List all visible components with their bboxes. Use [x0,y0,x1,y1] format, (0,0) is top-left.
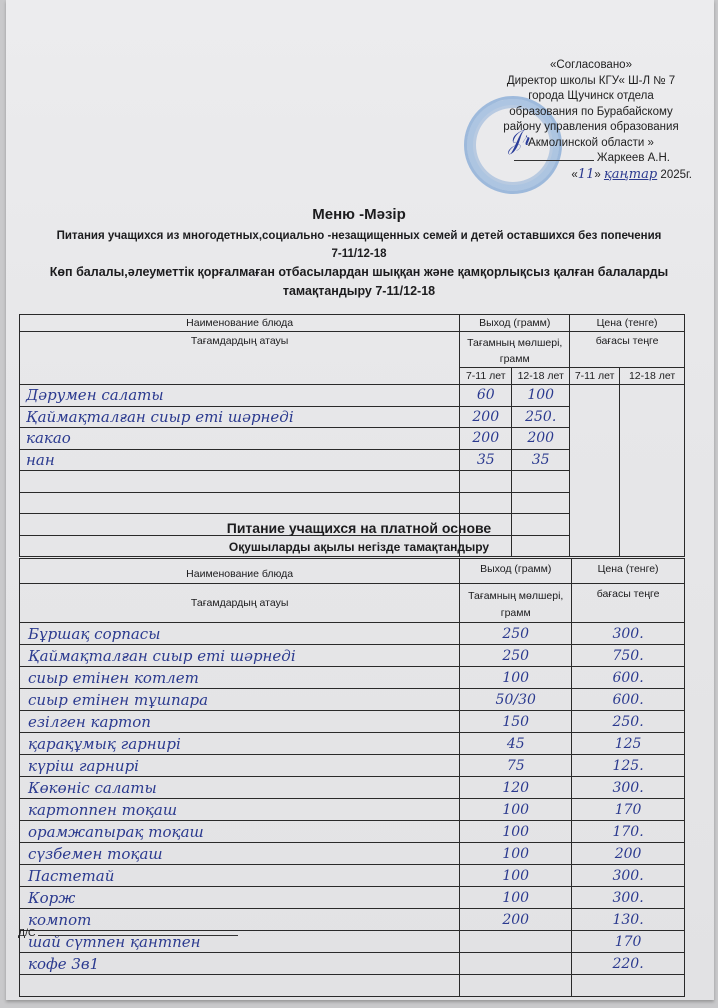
table-row [20,975,685,997]
page-title: Меню -Мәзір [0,206,718,223]
dish-yield: 120 [460,777,572,799]
dish-name: қарақұмық гарнирі [20,733,460,755]
dish-name [20,975,460,997]
dish-yield: 250 [460,645,572,667]
dish-price: 170 [572,799,685,821]
col-name-ru: Наименование блюда [20,315,460,332]
dish-yield: 75 [460,755,572,777]
approval-line: образования по Бурабайскому [476,105,706,121]
table-row: сүзбемен тоқаш100200 [20,843,685,865]
yield-7-11 [460,471,512,493]
col-price-kz: бағасы теңге [570,332,685,368]
table-row: сиыр етінен тұшпара50/30600. [20,689,685,711]
subtitle-ru: Питания учащихся из многодетных,социальн… [0,230,718,242]
yield-7-11: 60 [460,385,512,407]
dish-name: кофе 3в1 [20,953,460,975]
age-12-18: 12-18 лет [512,368,570,385]
dish-price: 200 [572,843,685,865]
col-yield-ru: Выход (грамм) [460,559,572,584]
date-year: 2025г. [660,169,692,181]
signatory-row: Жаркеев А.Н. [476,151,706,167]
dish-name: Бұршақ сорпасы [20,623,460,645]
date-day: 11 [578,167,595,182]
dish-name: сүзбемен тоқаш [20,843,460,865]
dish-yield [460,953,572,975]
dish-price: 125 [572,733,685,755]
section2-title-ru: Питание учащихся на платной основе [0,520,718,536]
date-month: қаңтар [604,167,657,182]
dish-yield [460,931,572,953]
col-price-ru: Цена (тенге) [570,315,685,332]
dish-yield: 100 [460,667,572,689]
dish-price: 300. [572,777,685,799]
dish-price: 300. [572,623,685,645]
table-row: Көкөніс салаты120300. [20,777,685,799]
table-row: картоппен тоқаш100170 [20,799,685,821]
dish-name: Корж [20,887,460,909]
dish-price: 750. [572,645,685,667]
table-row: Бұршақ сорпасы250300. [20,623,685,645]
table-row: кофе 3в1220. [20,953,685,975]
dish-name: нан [20,449,460,471]
col-name-kz: Тағамдардың атауы [20,584,460,623]
col-price-ru: Цена (тенге) [572,559,685,584]
approval-line: Акмолинской области » [476,136,706,152]
dish-yield: 100 [460,843,572,865]
dish-price: 250. [572,711,685,733]
col-yield-kz: Тағамның мөлшері, грамм [460,584,572,623]
approval-date: «11» қаңтар 2025г. [476,167,706,184]
dish-price: 170 [572,931,685,953]
col-yield-kz: Тағамның мөлшері, грамм [460,332,570,368]
ds-label: Д/С [18,927,36,939]
dish-name: күріш гарнирі [20,755,460,777]
col-name-ru: Наименование блюда [20,559,460,584]
subtitle-ru-ages: 7-11/12-18 [0,248,718,260]
table-row: сиыр етінен котлет100600. [20,667,685,689]
dish-price: 300. [572,887,685,909]
yield-12-18: 35 [512,449,570,471]
dish-yield: 45 [460,733,572,755]
dish-yield: 100 [460,865,572,887]
dish-price: 600. [572,667,685,689]
approval-line: города Щучинск отдела [476,89,706,105]
dish-name: сиыр етінен котлет [20,667,460,689]
dish-name: какао [20,428,460,450]
dish-yield: 100 [460,887,572,909]
table-row: Қаймақталған сиыр еті шәрнеді250750. [20,645,685,667]
dish-yield: 50/30 [460,689,572,711]
table-row: орамжапырақ тоқаш100170. [20,821,685,843]
dish-price: 125. [572,755,685,777]
dish-name: орамжапырақ тоқаш [20,821,460,843]
yield-12-18: 100 [512,385,570,407]
dish-yield: 100 [460,821,572,843]
col-yield-ru: Выход (грамм) [460,315,570,332]
age-12-18-price: 12-18 лет [620,368,685,385]
signatory-name: Жаркеев А.Н. [597,152,670,164]
dish-price: 130. [572,909,685,931]
table-row: күріш гарнирі75125. [20,755,685,777]
dish-name [20,471,460,493]
dish-name: езілген картоп [20,711,460,733]
yield-7-11: 35 [460,449,512,471]
dish-name: Қаймақталған сиыр еті шәрнеді [20,645,460,667]
yield-7-11: 200 [460,428,512,450]
table-row: Пастетай100300. [20,865,685,887]
age-7-11: 7-11 лет [460,368,512,385]
dish-name: Пастетай [20,865,460,887]
subtitle-kz-ages: тамақтандыру 7-11/12-18 [0,284,718,298]
dish-yield: 200 [460,909,572,931]
age-7-11-price: 7-11 лет [570,368,620,385]
dish-price: 300. [572,865,685,887]
dish-yield: 150 [460,711,572,733]
table-row: Дәрумен салаты60100 [20,385,685,407]
col-price-kz: бағасы теңге [572,584,685,623]
yield-12-18 [512,492,570,514]
table-row: Корж100300. [20,887,685,909]
dish-price: 170. [572,821,685,843]
table-row: езілген картоп150250. [20,711,685,733]
approval-block: «Согласовано» Директор школы КГУ« Ш-Л № … [476,58,706,183]
yield-12-18: 250. [512,406,570,428]
approval-line: Директор школы КГУ« Ш-Л № 7 [476,74,706,90]
dish-price: 600. [572,689,685,711]
yield-7-11 [460,492,512,514]
dish-yield: 100 [460,799,572,821]
dish-name: Көкөніс салаты [20,777,460,799]
yield-7-11: 200 [460,406,512,428]
col-name-kz: Тағамдардың атауы [20,332,460,385]
dish-name: Қаймақталған сиыр еті шәрнеді [20,406,460,428]
ds-blank [38,935,238,936]
dish-name [20,492,460,514]
subtitle-kz: Көп балалы,әлеуметтік қорғалмаған отбасы… [0,265,718,279]
dish-name: Дәрумен салаты [20,385,460,407]
dish-yield: 250 [460,623,572,645]
dish-price [572,975,685,997]
dish-price: 220. [572,953,685,975]
dish-name: сиыр етінен тұшпара [20,689,460,711]
approval-line: району управления образования [476,120,706,136]
ds-signature-line: Д/С [18,927,238,939]
approval-label: «Согласовано» [476,58,706,74]
yield-12-18: 200 [512,428,570,450]
dish-name: картоппен тоқаш [20,799,460,821]
dish-yield [460,975,572,997]
yield-12-18 [512,471,570,493]
table-row: қарақұмық гарнирі45125 [20,733,685,755]
section2-title-kz: Оқушыларды ақылы негізде тамақтандыру [0,540,718,554]
